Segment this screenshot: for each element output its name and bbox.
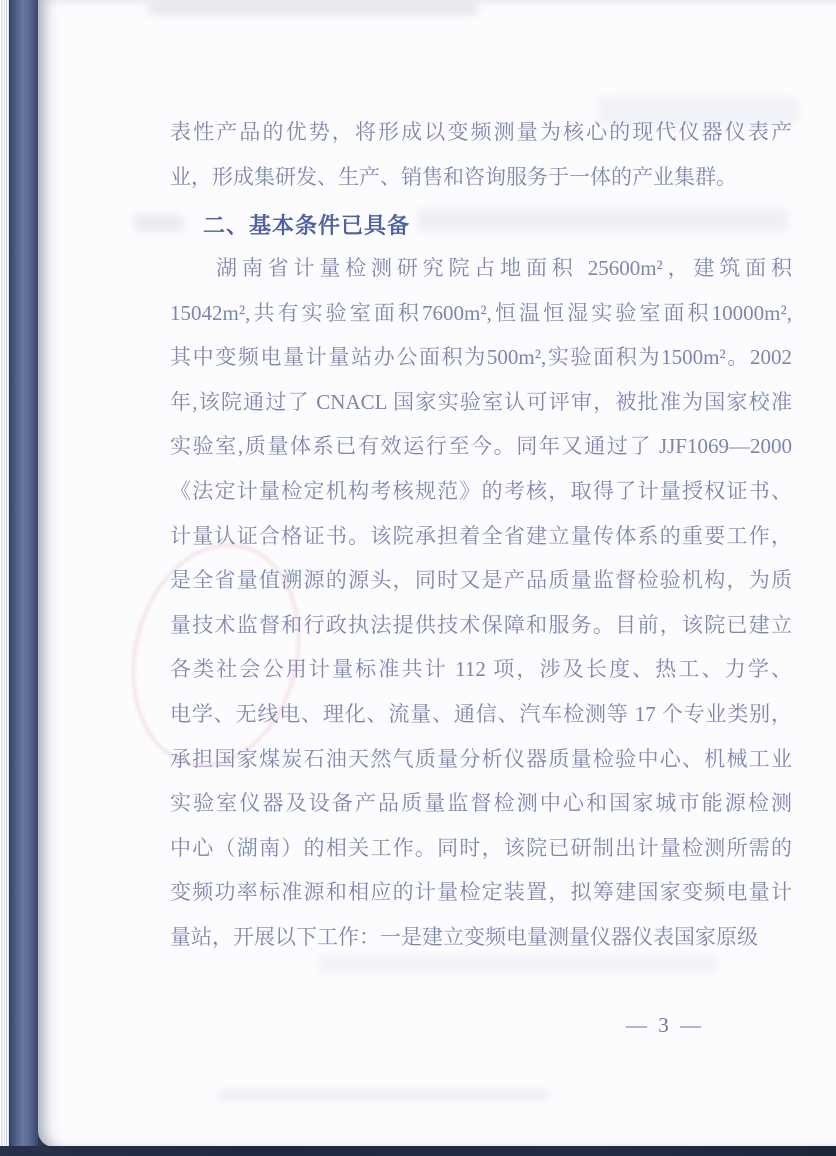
scan-bottom-edge	[0, 1146, 836, 1156]
text-line: 实验室仪器及设备产品质量监督检测中心和国家城市能源检测	[170, 781, 792, 826]
text-line: 15042m²,共有实验室面积7600m²,恒温恒湿实验室面积10000m²,	[170, 291, 792, 336]
text-line: 表性产品的优势，将形成以变频测量为核心的现代仪器仪表产	[170, 110, 792, 155]
text-line: 其中变频电量计量站办公面积为500m²,实验面积为1500m²。2002	[170, 335, 792, 380]
text-line: 是全省量值溯源的源头，同时又是产品质量监督检验机构，为质	[170, 558, 792, 603]
section-heading: 二、基本条件已具备	[170, 204, 792, 249]
ink-bleed-smudge	[218, 1090, 548, 1100]
text-line: 计量认证合格证书。该院承担着全省建立量传体系的重要工作，	[170, 514, 792, 559]
book-binding-shadow	[9, 0, 38, 1156]
text-line: 实验室,质量体系已有效运行至今。同年又通过了 JJF1069—2000	[170, 424, 792, 469]
text-line: 量站，开展以下工作：一是建立变频电量测量仪器仪表国家原级	[170, 915, 792, 960]
text-line: 各类社会公用计量标准共计 112 项，涉及长度、热工、力学、	[170, 647, 792, 692]
text-line: 年,该院通过了 CNACL 国家实验室认可评审，被批准为国家校准	[170, 380, 792, 425]
text-line: 量技术监督和行政执法提供技术保障和服务。目前，该院已建立	[170, 603, 792, 648]
body-paragraph: 湖南省计量检测研究院占地面积 25600m²，建筑面积15042m²,共有实验室…	[170, 246, 792, 960]
text-line: 湖南省计量检测研究院占地面积 25600m²，建筑面积	[170, 246, 792, 291]
continuation-paragraph: 表性产品的优势，将形成以变频测量为核心的现代仪器仪表产业，形成集研发、生产、销售…	[170, 110, 792, 199]
text-line: 中心（湖南）的相关工作。同时，该院已研制出计量检测所需的	[170, 826, 792, 871]
text-line: 承担国家煤炭石油天然气质量分析仪器质量检验中心、机械工业	[170, 737, 792, 782]
scanned-document-page: 表性产品的优势，将形成以变频测量为核心的现代仪器仪表产业，形成集研发、生产、销售…	[0, 0, 836, 1156]
paper-sheet: 表性产品的优势，将形成以变频测量为核心的现代仪器仪表产业，形成集研发、生产、销售…	[38, 0, 836, 1147]
text-line: 电学、无线电、理化、流量、通信、汽车检测等 17 个专业类别，	[170, 692, 792, 737]
ink-bleed-smudge	[148, 4, 478, 15]
text-line: 变频功率标准源和相应的计量检定装置，拟筹建国家变频电量计	[170, 870, 792, 915]
scanner-edge-stripes	[0, 0, 9, 1156]
page-number: — 3 —	[626, 1003, 704, 1048]
text-line: 《法定计量检定机构考核规范》的考核，取得了计量授权证书、	[170, 469, 792, 514]
text-line: 业，形成集研发、生产、销售和咨询服务于一体的产业集群。	[170, 155, 792, 200]
